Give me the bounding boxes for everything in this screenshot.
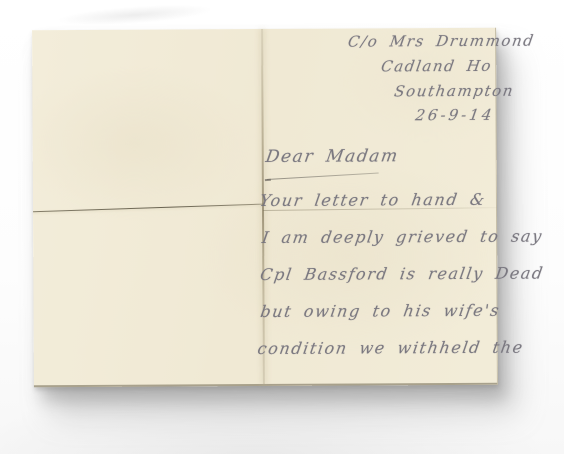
salutation: Dear Madam xyxy=(264,146,400,167)
header-date-line: 26-9-14 xyxy=(414,106,496,124)
body-line-4: but owing to his wife's xyxy=(259,301,502,321)
letter-paper: C/o Mrs Drummond Cadland Ho Southampton … xyxy=(32,28,498,387)
header-care-of-line: C/o Mrs Drummond xyxy=(347,32,536,51)
body-line-2: I am deeply grieved to say xyxy=(261,227,545,247)
body-line-3: Cpl Bassford is really Dead xyxy=(259,264,546,285)
scan-background: C/o Mrs Drummond Cadland Ho Southampton … xyxy=(0,0,564,454)
body-line-5: condition we withheld the xyxy=(256,338,525,358)
header-house-line: Cadland Ho xyxy=(380,57,494,76)
body-line-1: Your letter to hand & xyxy=(259,190,488,210)
header-town-line: Southampton xyxy=(393,82,516,101)
